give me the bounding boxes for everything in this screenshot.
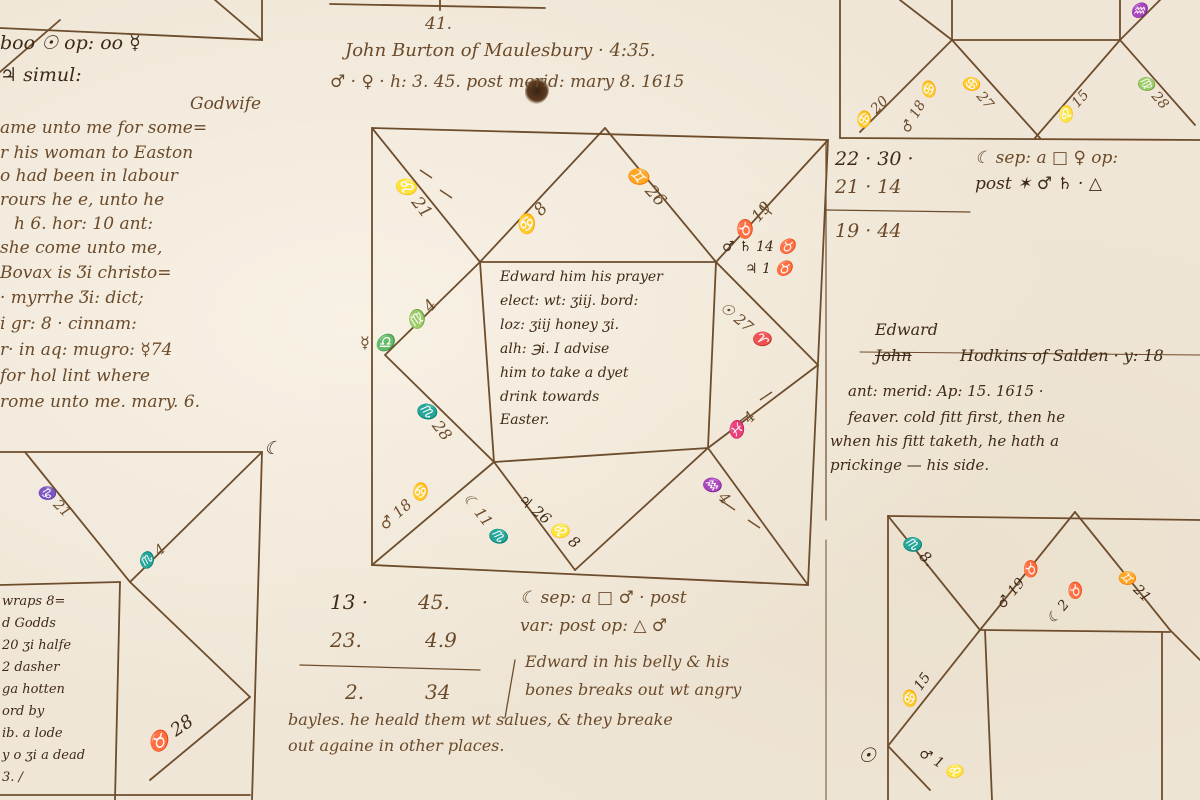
- judgement-line: bayles. he heald them wt salues, & they …: [288, 712, 673, 728]
- cusp-label: ♒: [1130, 4, 1147, 18]
- entry-name-corrected: Edward: [875, 322, 938, 338]
- right-number: 21 · 14: [835, 178, 901, 197]
- right-number: 19 · 44: [835, 222, 901, 241]
- entry-line: feaver. cold fitt first, then he: [848, 410, 1065, 425]
- note-line: h 6. hor: 10 ant:: [14, 216, 153, 233]
- planet-label: ♂ ♄ 14 ♉: [722, 240, 796, 254]
- aspect-note: ☾ sep: a □ ♂ · post: [520, 590, 687, 607]
- chart-center-text: him to take a dyet: [500, 366, 629, 380]
- below-number-left: 23.: [330, 630, 362, 650]
- chart-center-text: drink towards: [500, 390, 599, 404]
- chart-center-text: elect: wt: ʒiij. bord:: [500, 294, 638, 308]
- margin-note: Godwife: [190, 96, 261, 113]
- note-line: rours he e, unto he: [0, 192, 164, 209]
- entry-line: prickinge — his side.: [830, 458, 989, 473]
- sun-symbol: ☉: [858, 745, 876, 765]
- right-number: 22 · 30 ·: [835, 150, 914, 169]
- entry-line: ♂ · ♀ · h: 3. 45. post merid: mary 8. 16…: [330, 74, 684, 91]
- inner-text: ga hotten: [2, 683, 65, 696]
- cusp-label: ☿ ♎: [360, 335, 395, 351]
- below-number-right: 45.: [418, 592, 450, 612]
- note-line: Bovax is Ʒi christo=: [0, 265, 172, 282]
- note-line: r· in aq: mugro: ☿74: [0, 342, 172, 359]
- entry-name-struck: John: [875, 348, 912, 364]
- inner-text: 3. /: [2, 771, 23, 784]
- entry-degree: 41.: [425, 16, 452, 33]
- note-line: r his woman to Easton: [0, 145, 193, 162]
- inner-text: 2 dasher: [2, 661, 59, 674]
- cusp-label: ☾: [264, 440, 280, 458]
- inner-text: ord by: [2, 705, 44, 718]
- below-number-left: 2.: [345, 682, 364, 702]
- note-line: i gr: 8 · cinnam:: [0, 316, 137, 333]
- manuscript-page: boo ☉ op: oo ☿ ♃ simul: Godwife ame unto…: [0, 0, 1200, 800]
- note-line: rome unto me. mary. 6.: [0, 394, 200, 411]
- note-line: for hol lint where: [0, 368, 150, 385]
- inner-text: 20 ʒi halfe: [2, 639, 71, 652]
- inner-text: y o ʒi a dead: [2, 749, 85, 762]
- note-line: ♃ simul:: [0, 66, 82, 85]
- right-aspect: post ✶ ♂ ♄ · △: [975, 176, 1102, 193]
- entry-line: John Burton of Maulesbury · 4:35.: [345, 42, 656, 60]
- below-number-right: 34: [425, 682, 450, 702]
- aspect-note: var: post op: △ ♂: [520, 618, 667, 635]
- chart-center-text: Easter.: [500, 413, 549, 427]
- inner-text: wraps 8=: [2, 595, 65, 608]
- inner-text: d Godds: [2, 617, 56, 630]
- note-line: · myrrhe Ʒi: dict;: [0, 290, 144, 307]
- entry-line: ant: merid: Ap: 15. 1615 ·: [848, 384, 1044, 399]
- chart-center-text: alh: ℈i. I advise: [500, 342, 609, 356]
- planet-label: ♃ 1 ♉: [745, 262, 793, 276]
- note-line: ame unto me for some=: [0, 120, 207, 137]
- entry-line: when his fitt taketh, he hath a: [830, 434, 1059, 449]
- note-line: boo ☉ op: oo ☿: [0, 34, 141, 53]
- chart-center-text: loz: ʒiij honey ʒi.: [500, 318, 619, 332]
- judgement-line: Edward in his belly & his: [525, 654, 729, 670]
- right-aspect: ☾ sep: a □ ♀ op:: [975, 150, 1118, 167]
- note-line: o had been in labour: [0, 168, 178, 185]
- inner-text: ib. a lode: [2, 727, 63, 740]
- judgement-line: out againe in other places.: [288, 738, 504, 754]
- note-line: she come unto me,: [0, 240, 162, 257]
- chart-center-text: Edward him his prayer: [500, 270, 663, 284]
- entry-line: Hodkins of Salden · y: 18: [960, 348, 1164, 364]
- below-number-left: 13 ·: [330, 592, 368, 612]
- below-number-right: 4.9: [425, 630, 457, 650]
- judgement-line: bones breaks out wt angry: [525, 682, 741, 698]
